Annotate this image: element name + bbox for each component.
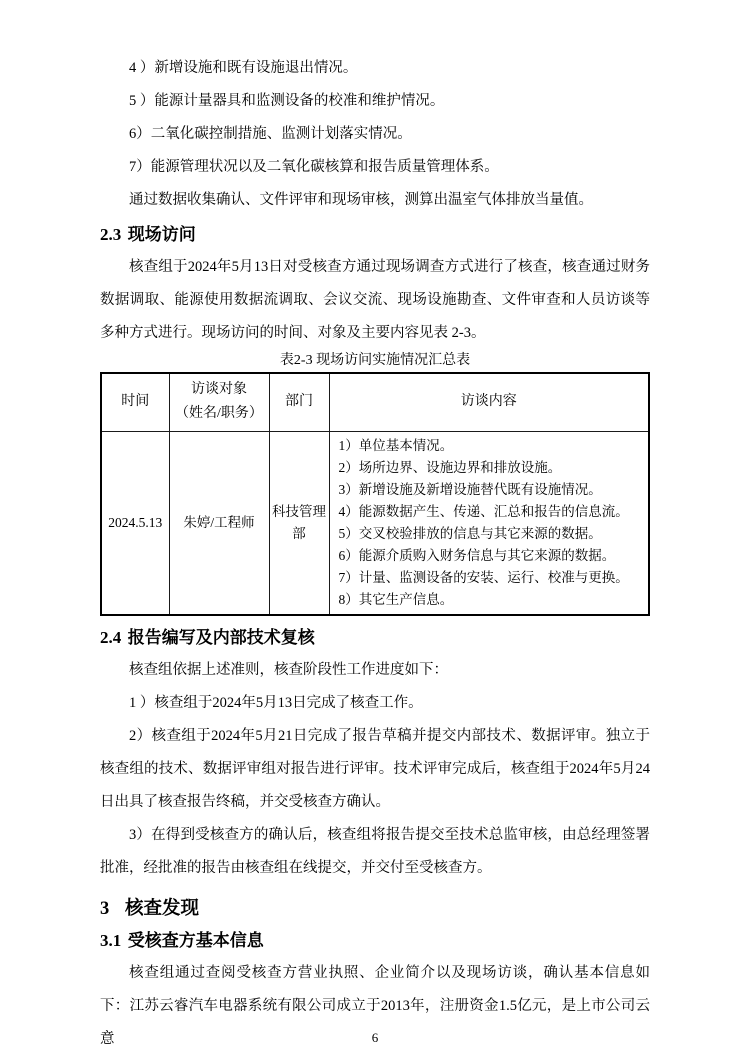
interview-content-item: 2）场所边界、设施边界和排放设施。 xyxy=(339,457,645,479)
interview-content-item: 3）新增设施及新增设施替代既有设施情况。 xyxy=(339,479,645,501)
heading-title: 报告编写及内部技术复核 xyxy=(128,628,315,647)
header-interviewee-line1: 访谈对象 xyxy=(170,378,269,402)
heading-number: 3 xyxy=(100,899,109,919)
list-item-6: 6）二氧化碳控制措施、监测计划落实情况。 xyxy=(100,118,650,151)
cell-department: 科技管理部 xyxy=(269,431,329,615)
section-3-1-heading: 3.1受核查方基本信息 xyxy=(100,927,650,955)
header-cell-time: 时间 xyxy=(101,373,169,431)
section-2-4-paragraph: 1 ）核查组于2024年5月13日完成了核查工作。 xyxy=(100,687,650,720)
header-cell-interviewee: 访谈对象 （姓名/职务） xyxy=(169,373,269,431)
document-page: 4 ）新增设施和既有设施退出情况。 5 ）能源计量器具和监测设备的校准和维护情况… xyxy=(0,0,750,1060)
heading-title: 核查发现 xyxy=(125,899,199,919)
interview-content-item: 5）交叉校验排放的信息与其它来源的数据。 xyxy=(339,523,645,545)
heading-number: 3.1 xyxy=(100,931,121,950)
section-2-4-paragraph: 3）在得到受核查方的确认后，核查组将报告提交至技术总监审核，由总经理签署批准，经… xyxy=(100,819,650,885)
header-cell-department: 部门 xyxy=(269,373,329,431)
interview-content-item: 1）单位基本情况。 xyxy=(339,435,645,457)
site-visit-table: 时间 访谈对象 （姓名/职务） 部门 访谈内容 2024.5.13 朱婷/工程师… xyxy=(100,372,650,616)
list-item-5: 5 ）能源计量器具和监测设备的校准和维护情况。 xyxy=(100,85,650,118)
table-caption: 表2-3 现场访问实施情况汇总表 xyxy=(100,350,650,372)
heading-title: 受核查方基本信息 xyxy=(128,931,264,950)
interview-content-item: 7）计量、监测设备的安装、运行、校准与更换。 xyxy=(339,567,645,589)
section-3-heading: 3核查发现 xyxy=(100,893,650,925)
list-closing-paragraph: 通过数据收集确认、文件评审和现场审核，测算出温室气体排放当量值。 xyxy=(100,184,650,217)
heading-number: 2.4 xyxy=(100,628,121,647)
table-data-row: 2024.5.13 朱婷/工程师 科技管理部 1）单位基本情况。 2）场所边界、… xyxy=(101,431,649,615)
header-cell-content: 访谈内容 xyxy=(329,373,649,431)
interview-content-item: 4）能源数据产生、传递、汇总和报告的信息流。 xyxy=(339,501,645,523)
page-number: 6 xyxy=(0,1030,750,1046)
section-2-3-paragraph: 核查组于2024年5月13日对受核查方通过现场调查方式进行了核查，核查通过财务数… xyxy=(100,251,650,350)
site-check-items-list: 4 ）新增设施和既有设施退出情况。 5 ）能源计量器具和监测设备的校准和维护情况… xyxy=(100,52,650,217)
heading-title: 现场访问 xyxy=(128,225,196,244)
interview-content-item: 8）其它生产信息。 xyxy=(339,589,645,611)
cell-interviewee: 朱婷/工程师 xyxy=(169,431,269,615)
table-header-row: 时间 访谈对象 （姓名/职务） 部门 访谈内容 xyxy=(101,373,649,431)
section-2-4-paragraph: 2）核查组于2024年5月21日完成了报告草稿并提交内部技术、数据评审。独立于核… xyxy=(100,720,650,819)
section-2-4-body: 核查组依据上述准则，核查阶段性工作进度如下： 1 ）核查组于2024年5月13日… xyxy=(100,654,650,885)
section-2-4-paragraph: 核查组依据上述准则，核查阶段性工作进度如下： xyxy=(100,654,650,687)
header-interviewee-line2: （姓名/职务） xyxy=(170,402,269,426)
section-2-4-heading: 2.4报告编写及内部技术复核 xyxy=(100,624,650,652)
heading-number: 2.3 xyxy=(100,225,121,244)
section-2-3-heading: 2.3现场访问 xyxy=(100,221,650,249)
interview-content-item: 6）能源介质购入财务信息与其它来源的数据。 xyxy=(339,545,645,567)
list-item-7: 7）能源管理状况以及二氧化碳核算和报告质量管理体系。 xyxy=(100,151,650,184)
list-item-4: 4 ）新增设施和既有设施退出情况。 xyxy=(100,52,650,85)
cell-interview-content: 1）单位基本情况。 2）场所边界、设施边界和排放设施。 3）新增设施及新增设施替… xyxy=(329,431,649,615)
cell-visit-date: 2024.5.13 xyxy=(101,431,169,615)
